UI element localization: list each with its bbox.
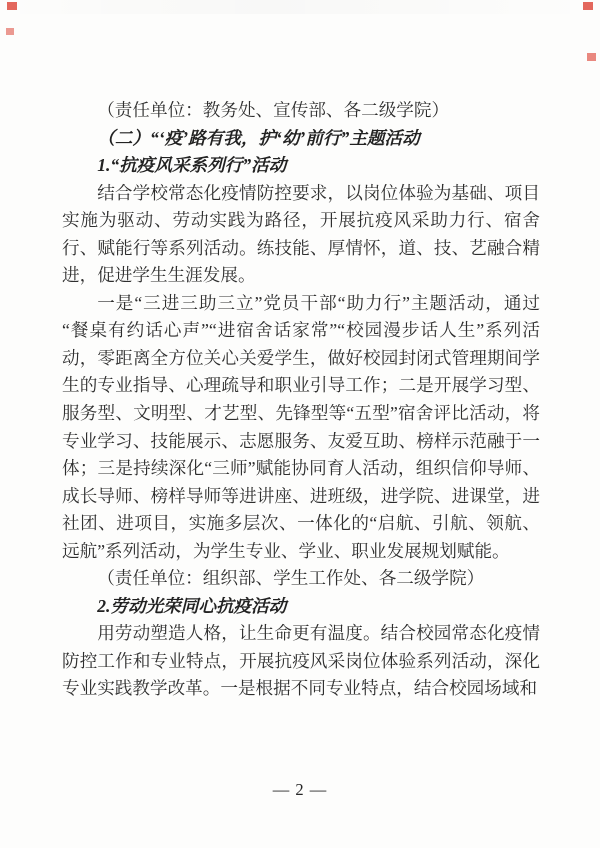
red-corner-mark [7,2,17,10]
section-heading: （二）“‘疫’路有我，护‘幼’前行”主题活动 [62,125,540,153]
document-page: （责任单位：教务处、宣传部、各二级学院）（二）“‘疫’路有我，护‘幼’前行”主题… [0,0,600,848]
subsection-heading: 1.“抗疫风采系列行”活动 [62,152,540,180]
page-number: — 2 — [0,780,600,800]
red-corner-mark [6,28,14,35]
paragraph: 结合学校常态化疫情防控要求，以岗位体验为基础、项目实施为驱动、劳动实践为路径，开… [62,180,540,290]
responsible-unit-line: （责任单位：教务处、宣传部、各二级学院） [62,97,540,125]
paragraph: 一是“三进三助三立”党员干部“助力行”主题活动，通过“餐桌有约话心声”“进宿舍话… [62,290,540,565]
document-body: （责任单位：教务处、宣传部、各二级学院）（二）“‘疫’路有我，护‘幼’前行”主题… [62,97,540,703]
responsible-unit-line: （责任单位：组织部、学生工作处、各二级学院） [62,565,540,593]
subsection-heading: 2.劳动光荣同心抗疫活动 [62,593,540,621]
paragraph: 用劳动塑造人格，让生命更有温度。结合校园常态化疫情防控工作和专业特点，开展抗疫风… [62,620,540,703]
red-corner-mark [583,2,593,10]
red-corner-mark [587,53,596,61]
